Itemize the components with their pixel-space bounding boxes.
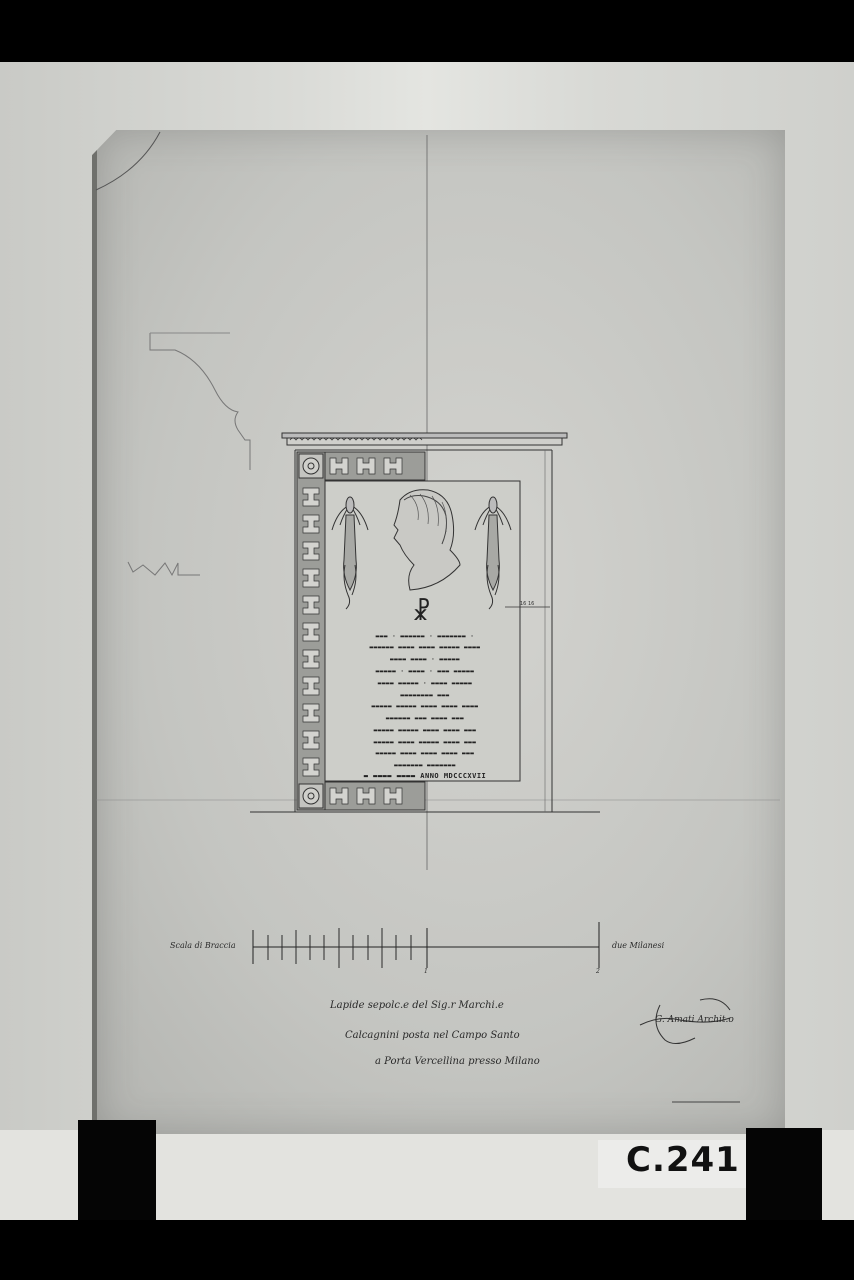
- inscription-line: ▬▬▬▬▬▬ ▬▬▬▬ ▬▬▬▬ ▬▬▬▬▬ ▬▬▬▬: [330, 644, 520, 651]
- left-clamp: [78, 1120, 156, 1220]
- architect-signature: G. Amati Archit.o: [655, 1015, 734, 1025]
- inscription-line: ▬▬▬▬▬▬ ▬▬▬ ▬▬▬▬ ▬▬▬: [330, 715, 520, 722]
- dimension-label: 16 16: [520, 601, 534, 607]
- inscription-line: ▬▬▬▬▬ ▬▬▬▬▬ ▬▬▬▬ ▬▬▬▬ ▬▬▬: [330, 727, 520, 734]
- inscription-line: ▬▬▬ · ▬▬▬▬▬▬ · ▬▬▬▬▬▬▬ ·: [330, 633, 520, 640]
- archive-label: C.241: [626, 1140, 740, 1180]
- inscription-line: ▬▬▬▬ ▬▬▬▬▬ · ▬▬▬▬ ▬▬▬▬▬: [330, 680, 520, 687]
- scale-tick-2: 2: [596, 968, 600, 975]
- caption-line-2: Calcagnini posta nel Campo Santo: [345, 1030, 520, 1041]
- inscription-line: ▬▬▬▬▬ ▬▬▬▬ ▬▬▬▬ ▬▬▬▬ ▬▬▬: [330, 750, 520, 757]
- inscription-line: ▬▬▬▬▬ ▬▬▬▬ ▬▬▬▬▬ ▬▬▬▬ ▬▬▬: [330, 739, 520, 746]
- inscription-line: ▬▬▬▬▬ ▬▬▬▬▬ ▬▬▬▬ ▬▬▬▬ ▬▬▬▬: [330, 703, 520, 710]
- right-clamp: [746, 1128, 822, 1220]
- chi-rho-monogram: ☧: [412, 598, 431, 626]
- inscription-line: ▬▬▬▬▬ · ▬▬▬▬ · ▬▬▬ ▬▬▬▬▬: [330, 668, 520, 675]
- inscription-line: ▬▬▬▬▬▬▬▬ ▬▬▬: [330, 692, 520, 699]
- inscription-date-line: ▬ ▬▬▬▬ ▬▬▬▬ ANNO MDCCCXVII: [330, 772, 520, 780]
- scale-left-label: Scala di Braccia: [170, 941, 236, 950]
- drawing-linework: [0, 0, 854, 1280]
- scale-tick-1: 1: [424, 968, 428, 975]
- inscription-line: ▬▬▬▬▬▬▬ ▬▬▬▬▬▬▬: [330, 762, 520, 769]
- inscription-line: ▬▬▬▬ ▬▬▬▬ · ▬▬▬▬▬: [330, 656, 520, 663]
- caption-line-3: a Porta Vercellina presso Milano: [375, 1056, 540, 1067]
- scale-right-label: due Milanesi: [612, 941, 664, 950]
- caption-line-1: Lapide sepolc.e del Sig.r Marchi.e: [330, 1000, 504, 1011]
